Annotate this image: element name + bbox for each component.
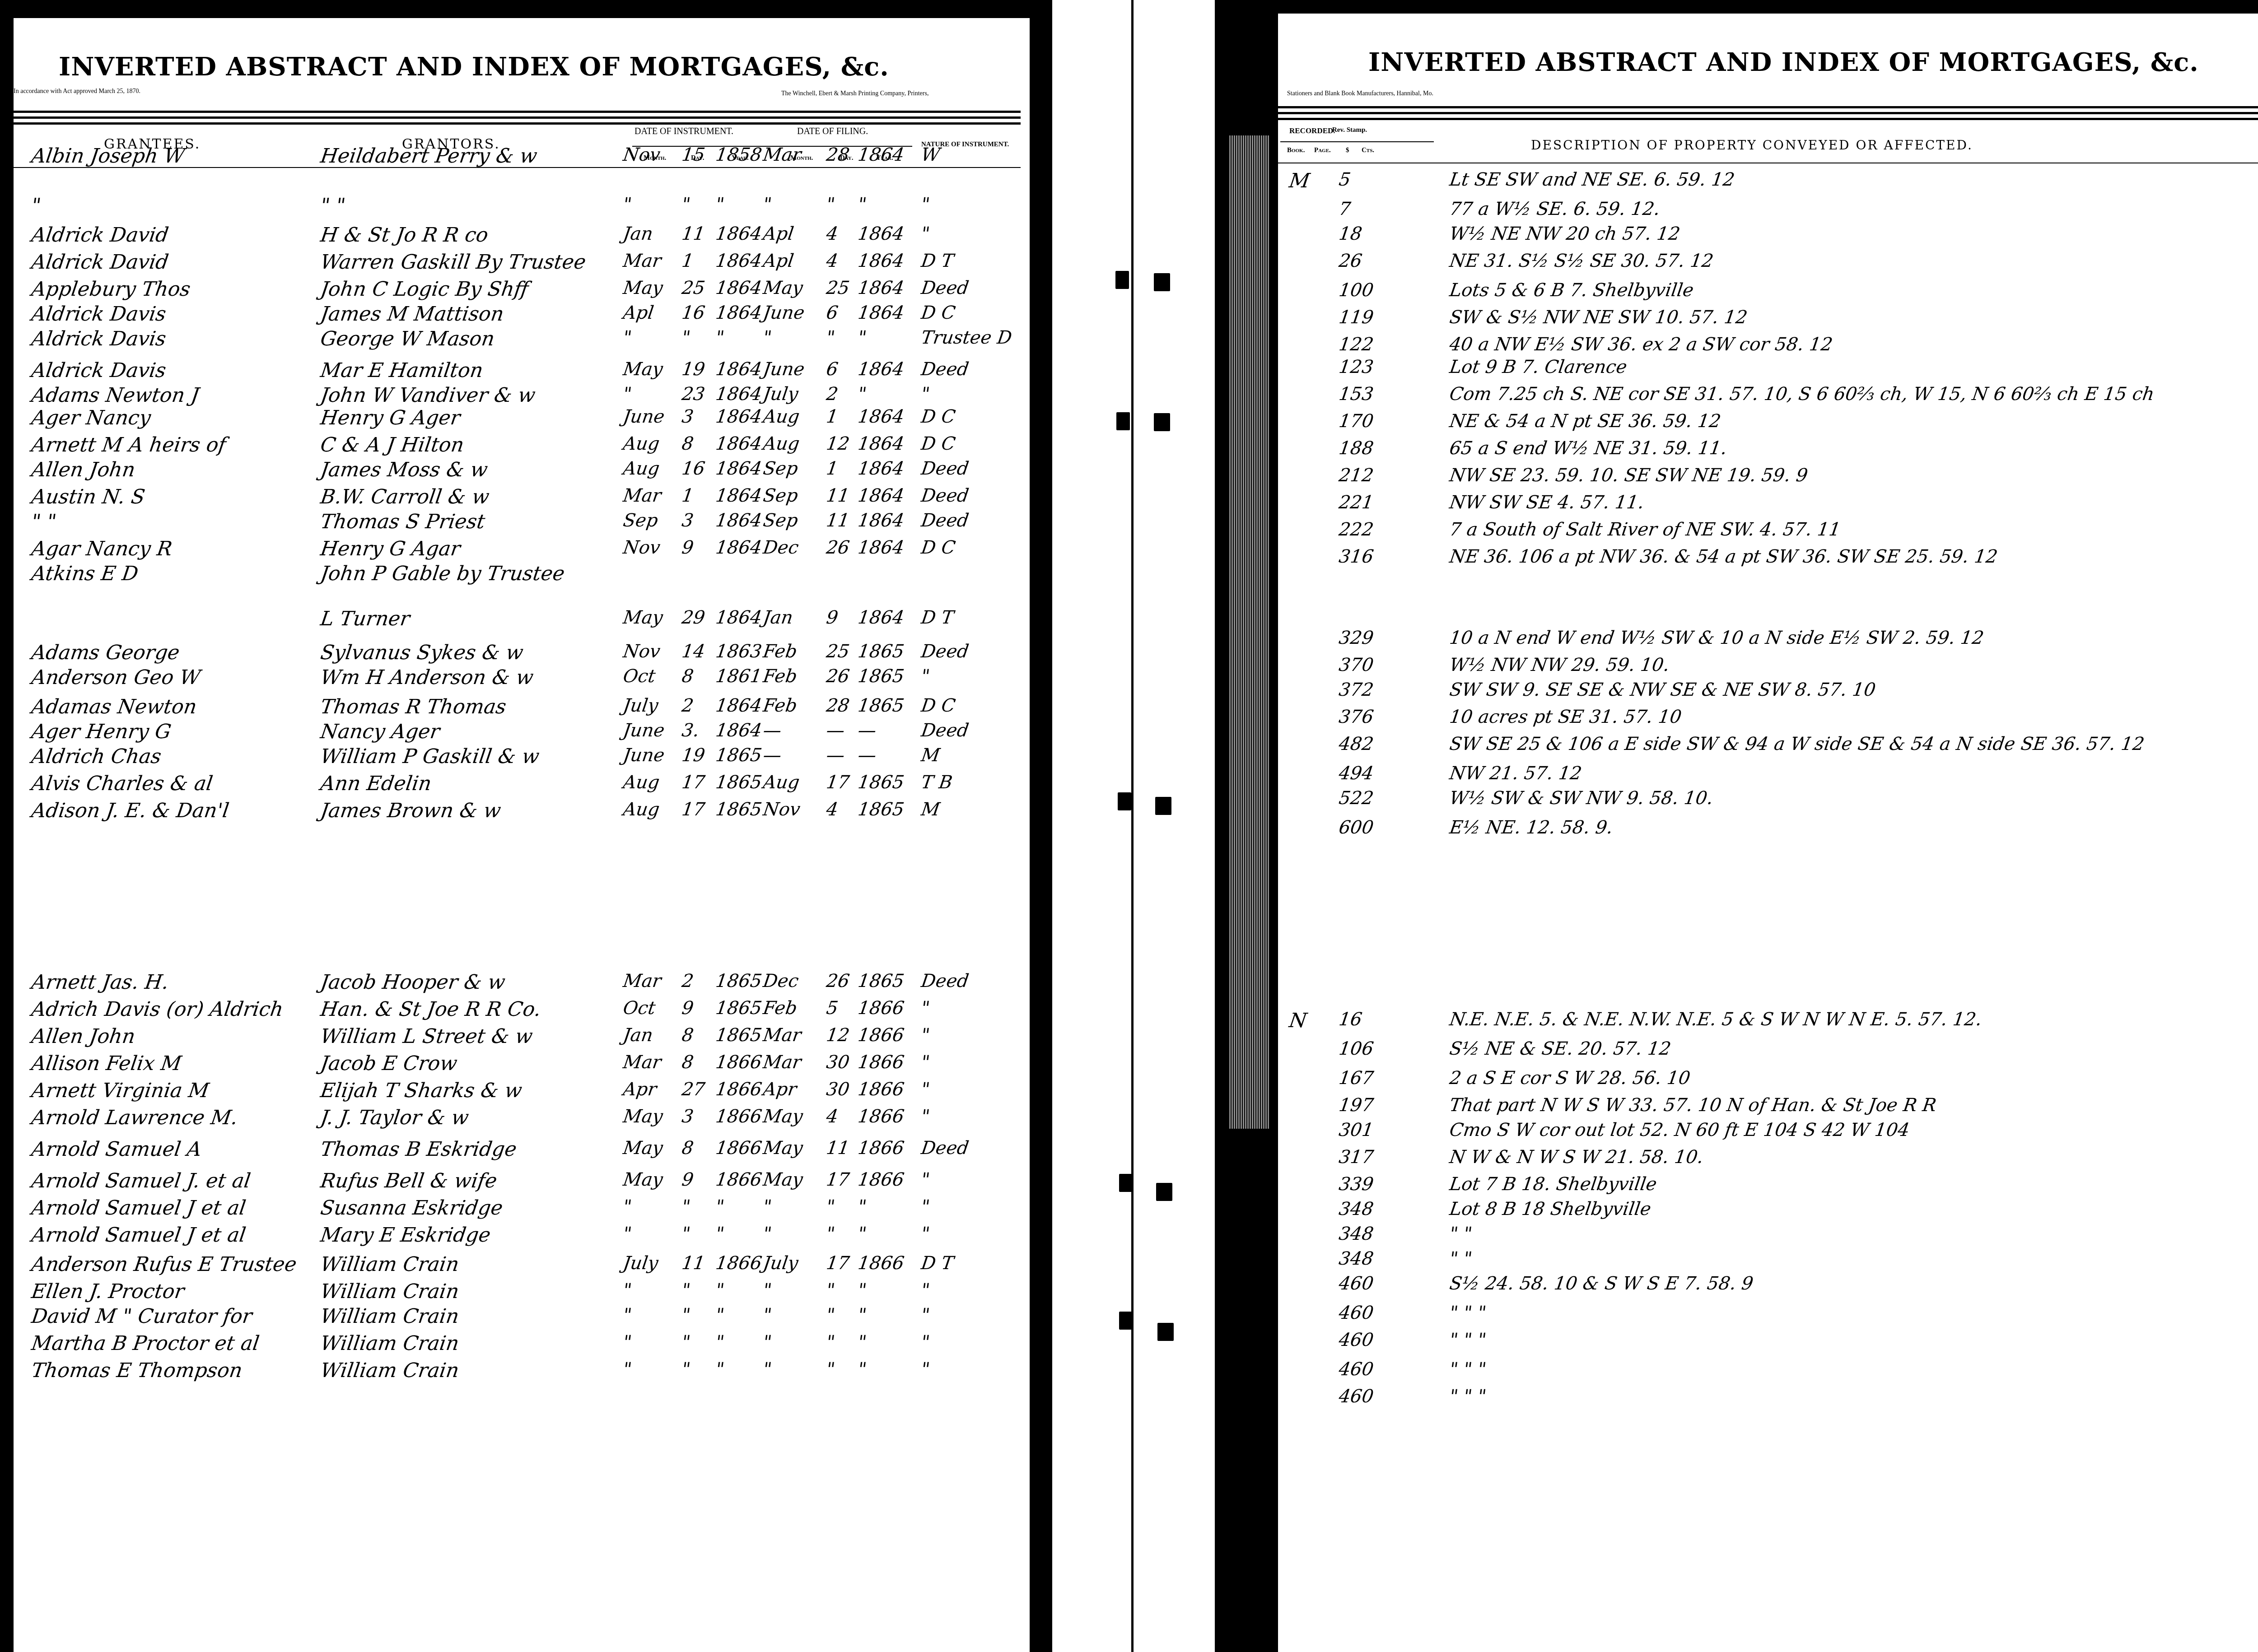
filing-day: " <box>825 1305 836 1326</box>
instrument-day: 17 <box>681 772 706 793</box>
property-description: 2 a S E cor S W 28. 56. 10 <box>1448 1068 1692 1089</box>
instrument-year: " <box>714 1359 726 1380</box>
grantor-name: James M Mattison <box>319 302 505 326</box>
instrument-year: 1864 <box>714 251 763 271</box>
instrument-nature: Deed <box>920 485 970 506</box>
grantor-name: George W Mason <box>319 327 496 350</box>
grantee-name: Allen John <box>30 458 136 481</box>
instrument-day: " <box>681 1224 692 1244</box>
instrument-nature: D C <box>920 302 957 323</box>
grantor-name: John P Gable by Trustee <box>319 562 566 585</box>
binding-slot <box>1119 1174 1133 1192</box>
filing-day: 25 <box>825 641 851 662</box>
filing-month: " <box>762 194 773 215</box>
instrument-year: 1864 <box>714 510 763 531</box>
filing-year: 1864 <box>857 607 905 628</box>
grantor-name: " " <box>319 194 347 217</box>
filing-month: Jan <box>762 607 794 628</box>
grantee-name: Agar Nancy R <box>30 537 173 560</box>
record-page: 170 <box>1338 411 1375 432</box>
grantor-name: James Brown & w <box>319 799 502 822</box>
instrument-nature: Deed <box>920 720 970 741</box>
instrument-nature: M <box>920 799 941 820</box>
filing-year: 1865 <box>857 772 905 793</box>
filing-year: 1865 <box>857 971 905 991</box>
instrument-day: 1 <box>681 485 695 506</box>
filing-month: May <box>762 1138 804 1159</box>
filing-year: 1864 <box>857 537 905 558</box>
grantor-name: J. J. Taylor & w <box>319 1106 470 1129</box>
instrument-month: Aug <box>622 433 661 454</box>
book-header: Book. <box>1287 147 1305 154</box>
instrument-day: 8 <box>681 1025 695 1046</box>
property-description: That part N W S W 33. 57. 10 N of Han. &… <box>1448 1095 1938 1116</box>
right-ledger-page: INVERTED ABSTRACT AND INDEX OF MORTGAGES… <box>1278 14 2258 1652</box>
filing-year: " <box>857 327 868 348</box>
property-description: W½ NE NW 20 ch 57. 12 <box>1448 223 1682 244</box>
description-header: DESCRIPTION OF PROPERTY CONVEYED OR AFFE… <box>1531 138 1973 153</box>
record-page: 329 <box>1338 628 1375 648</box>
instrument-nature: " <box>920 1106 931 1127</box>
instrument-month: May <box>622 1106 664 1127</box>
grantor-name: Jacob Hooper & w <box>319 971 507 994</box>
property-description: Lot 7 B 18. Shelbyville <box>1448 1174 1658 1195</box>
filing-day: 4 <box>825 799 840 820</box>
grantee-name: David M " Curator for <box>30 1305 253 1328</box>
grantee-name: Martha B Proctor et al <box>30 1332 261 1355</box>
grantor-name: John C Logic By Shff <box>319 278 530 301</box>
act-note: In accordance with Act approved March 25… <box>14 88 140 95</box>
filing-month: Apl <box>762 251 795 271</box>
filing-day: 5 <box>825 998 840 1019</box>
instrument-day: 9 <box>681 1169 695 1190</box>
instrument-day: 16 <box>681 302 706 323</box>
filing-year: " <box>857 1280 868 1301</box>
grantee-name: Anderson Geo W <box>30 666 202 689</box>
filing-year: " <box>857 384 868 405</box>
record-page: 122 <box>1338 334 1375 355</box>
instrument-year: 1864 <box>714 359 763 380</box>
instrument-month: Jan <box>622 1025 654 1046</box>
left-page-title: INVERTED ABSTRACT AND INDEX OF MORTGAGES… <box>59 52 889 82</box>
instrument-nature: D T <box>920 607 955 628</box>
record-page: 372 <box>1338 679 1375 700</box>
instrument-month: " <box>622 1280 633 1301</box>
filing-day: 1 <box>825 406 840 427</box>
record-page: 301 <box>1338 1120 1375 1140</box>
rev-stamp-header: Rev. Stamp. <box>1332 126 1367 134</box>
instrument-year: 1864 <box>714 302 763 323</box>
instrument-month: Mar <box>622 251 662 271</box>
filing-month: " <box>762 1280 773 1301</box>
instrument-nature: D C <box>920 695 957 716</box>
instrument-day: 8 <box>681 1052 695 1073</box>
instrument-month: June <box>622 745 666 766</box>
grantor-name: William Crain <box>319 1305 460 1328</box>
filing-day: 12 <box>825 1025 851 1046</box>
grantee-name: Adams Newton J <box>30 384 201 407</box>
property-description: " " " <box>1448 1386 1488 1407</box>
instrument-day: " <box>681 1196 692 1217</box>
property-description: 77 a W½ SE. 6. 59. 12. <box>1448 199 1661 219</box>
grantor-name: Nancy Ager <box>319 720 441 743</box>
instrument-year: " <box>714 1332 726 1353</box>
filing-month: July <box>762 1253 800 1274</box>
grantee-name: Atkins E D <box>30 562 140 585</box>
instrument-year: 1858 <box>714 144 763 165</box>
filing-month: Aug <box>762 772 801 793</box>
instrument-month: Aug <box>622 458 661 479</box>
page-header: Page. <box>1314 147 1331 154</box>
filing-year: — <box>857 720 877 741</box>
filing-day: 28 <box>825 695 851 716</box>
binding-slot <box>1156 1183 1172 1201</box>
record-page: 119 <box>1338 307 1375 328</box>
header-rule <box>14 122 1021 125</box>
record-page: 153 <box>1338 384 1375 405</box>
property-description: " " <box>1448 1248 1474 1269</box>
filing-day: " <box>825 194 836 215</box>
right-page-title: INVERTED ABSTRACT AND INDEX OF MORTGAGES… <box>1368 47 2199 77</box>
record-page: 317 <box>1338 1147 1375 1168</box>
filing-month: " <box>762 1196 773 1217</box>
grantee-name: Arnold Lawrence M. <box>30 1106 239 1129</box>
instrument-day: 2 <box>681 971 695 991</box>
grantee-name: Arnold Samuel J et al <box>30 1224 247 1247</box>
grantor-name: Thomas S Priest <box>319 510 486 533</box>
filing-year: 1866 <box>857 1169 905 1190</box>
grantee-name: Arnold Samuel J et al <box>30 1196 247 1219</box>
filing-year: " <box>857 1359 868 1380</box>
instrument-month: Mar <box>622 971 662 991</box>
instrument-year: 1864 <box>714 485 763 506</box>
instrument-nature: D T <box>920 251 955 271</box>
instrument-month: Oct <box>622 666 657 687</box>
instrument-nature: " <box>920 1359 931 1380</box>
instrument-nature: " <box>920 1196 931 1217</box>
instrument-day: 11 <box>681 223 706 244</box>
property-description: NW 21. 57. 12 <box>1448 763 1583 784</box>
instrument-year: 1866 <box>714 1253 763 1274</box>
header-rule <box>1278 112 2258 114</box>
property-description: " " " <box>1448 1330 1488 1350</box>
filing-year: 1864 <box>857 144 905 165</box>
instrument-year: 1864 <box>714 384 763 405</box>
header-bottom-rule <box>1278 163 2258 163</box>
instrument-nature: " <box>920 1305 931 1326</box>
instrument-year: 1865 <box>714 971 763 991</box>
instrument-year: " <box>714 1224 726 1244</box>
instrument-day: " <box>681 1305 692 1326</box>
filing-month: " <box>762 1332 773 1353</box>
filing-year: — <box>857 745 877 766</box>
printer-note: The Winchell, Ebert & Marsh Printing Com… <box>781 90 928 98</box>
instrument-day: 8 <box>681 1138 695 1159</box>
filing-month: Feb <box>762 695 798 716</box>
filing-day: 26 <box>825 666 851 687</box>
date-of-instrument-header: DATE OF INSTRUMENT. <box>634 126 733 137</box>
instrument-nature: W <box>920 144 942 165</box>
filing-month: — <box>762 745 783 766</box>
grantor-name: William L Street & w <box>319 1025 534 1048</box>
grantee-name: Allen John <box>30 1025 136 1048</box>
grantor-name: Wm H Anderson & w <box>319 666 535 689</box>
filing-day: 17 <box>825 772 851 793</box>
filing-year: 1865 <box>857 641 905 662</box>
instrument-day: " <box>681 1359 692 1380</box>
record-page: 18 <box>1338 223 1363 244</box>
instrument-day: 27 <box>681 1079 706 1100</box>
grantee-name: Ager Nancy <box>30 406 152 429</box>
grantor-name: William Crain <box>319 1359 460 1382</box>
grantor-name: John W Vandiver & w <box>319 384 537 407</box>
instrument-nature: Deed <box>920 641 970 662</box>
instrument-year: 1865 <box>714 998 763 1019</box>
grantor-name: Henry G Agar <box>319 537 462 560</box>
filing-month: — <box>762 720 783 741</box>
instrument-nature: D T <box>920 1253 955 1274</box>
filing-month: Mar <box>762 1052 802 1073</box>
record-page: 460 <box>1338 1330 1375 1350</box>
instrument-month: Aug <box>622 799 661 820</box>
instrument-day: 29 <box>681 607 706 628</box>
cents-header: Cts. <box>1362 147 1374 154</box>
grantor-name: William P Gaskill & w <box>319 745 541 768</box>
instrument-month: Apr <box>622 1079 658 1100</box>
instrument-month: " <box>622 384 633 405</box>
filing-year: 1865 <box>857 695 905 716</box>
grantee-name: Aldrich Chas <box>30 745 163 768</box>
instrument-nature: " <box>920 1025 931 1046</box>
grantee-name: Arnold Samuel A <box>30 1138 203 1161</box>
instrument-day: 16 <box>681 458 706 479</box>
property-description: NE & 54 a N pt SE 36. 59. 12 <box>1448 411 1722 432</box>
instrument-nature: " <box>920 1079 931 1100</box>
property-description: SW & S½ NW NE SW 10. 57. 12 <box>1448 307 1749 328</box>
instrument-day: 15 <box>681 144 706 165</box>
page-edge-shadow <box>1228 135 1269 1129</box>
grantee-name: Aldrick David <box>30 223 170 247</box>
property-description: 40 a NW E½ SW 36. ex 2 a SW cor 58. 12 <box>1448 334 1834 355</box>
instrument-day: 8 <box>681 433 695 454</box>
filing-year: 1865 <box>857 666 905 687</box>
instrument-nature: Deed <box>920 278 970 298</box>
filing-year: 1864 <box>857 433 905 454</box>
property-description: " " <box>1448 1224 1474 1244</box>
grantor-name: Susanna Eskridge <box>319 1196 504 1219</box>
instrument-nature: D C <box>920 537 957 558</box>
property-description: NW SE 23. 59. 10. SE SW NE 19. 59. 9 <box>1448 465 1809 486</box>
record-page: 188 <box>1338 438 1375 459</box>
record-page: 370 <box>1338 655 1375 675</box>
filing-year: " <box>857 194 868 215</box>
grantor-name: Mar E Hamilton <box>319 359 485 382</box>
instrument-day: 1 <box>681 251 695 271</box>
record-page: 100 <box>1338 280 1375 301</box>
property-description: SW SE 25 & 106 a E side SW & 94 a W side… <box>1448 734 2146 754</box>
filing-year: 1866 <box>857 1079 905 1100</box>
filing-month: Mar <box>762 144 802 165</box>
property-description: NE 31. S½ S½ SE 30. 57. 12 <box>1448 251 1715 271</box>
filing-day: 17 <box>825 1253 851 1274</box>
record-page: 522 <box>1338 788 1375 809</box>
grantee-name: Alvis Charles & al <box>30 772 214 795</box>
grantee-name: Adamas Newton <box>30 695 198 718</box>
grantor-name: L Turner <box>319 607 411 630</box>
record-page: 316 <box>1338 546 1375 567</box>
instrument-month: Mar <box>622 1052 662 1073</box>
grantor-name: Heildabert Perry & w <box>319 144 538 168</box>
filing-year: 1866 <box>857 1025 905 1046</box>
grantor-name: William Crain <box>319 1332 460 1355</box>
record-page: 460 <box>1338 1359 1375 1380</box>
filing-month: May <box>762 1106 804 1127</box>
instrument-nature: " <box>920 1224 931 1244</box>
binding-slot <box>1154 413 1170 431</box>
instrument-day: 8 <box>681 666 695 687</box>
instrument-month: July <box>622 695 660 716</box>
grantee-name: Aldrick Davis <box>30 327 168 350</box>
instrument-nature: Deed <box>920 971 970 991</box>
instrument-month: Mar <box>622 485 662 506</box>
instrument-nature: Deed <box>920 458 970 479</box>
instrument-month: Nov <box>622 641 662 662</box>
instrument-month: May <box>622 1138 664 1159</box>
filing-month: Nov <box>762 799 802 820</box>
grantor-name: William Crain <box>319 1280 460 1303</box>
instrument-day: 3 <box>681 406 695 427</box>
filing-day: 12 <box>825 433 851 454</box>
instrument-year: " <box>714 1280 726 1301</box>
instrument-nature: " <box>920 998 931 1019</box>
filing-year: 1864 <box>857 485 905 506</box>
header-rule <box>14 116 1021 119</box>
instrument-year: 1866 <box>714 1079 763 1100</box>
grantor-name: James Moss & w <box>319 458 489 481</box>
instrument-nature: " <box>920 666 931 687</box>
binding-strip <box>1052 0 1131 1652</box>
filing-year: 1866 <box>857 1253 905 1274</box>
instrument-day: 17 <box>681 799 706 820</box>
instrument-day: " <box>681 194 692 215</box>
property-description: Com 7.25 ch S. NE cor SE 31. 57. 10, S 6… <box>1448 384 2156 405</box>
binding-strip <box>1134 0 1215 1652</box>
property-description: N W & N W S W 21. 58. 10. <box>1448 1147 1705 1168</box>
instrument-nature: " <box>920 194 931 215</box>
grantor-name: Jacob E Crow <box>319 1052 458 1075</box>
record-page: 376 <box>1338 707 1375 727</box>
instrument-month: May <box>622 278 664 298</box>
instrument-year: " <box>714 194 726 215</box>
instrument-nature: " <box>920 384 931 405</box>
filing-month: Aug <box>762 433 801 454</box>
record-book: N <box>1288 1009 1308 1032</box>
grantor-name: H & St Jo R R co <box>319 223 490 247</box>
filing-year: 1864 <box>857 223 905 244</box>
grantee-name: " " <box>30 510 58 533</box>
filing-day: 30 <box>825 1079 851 1100</box>
filing-month: Sep <box>762 510 799 531</box>
instrument-year: " <box>714 1196 726 1217</box>
binding-slot <box>1118 792 1131 810</box>
instrument-nature: " <box>920 223 931 244</box>
filing-day: " <box>825 1224 836 1244</box>
filing-day: " <box>825 1280 836 1301</box>
filing-day: 6 <box>825 359 840 380</box>
grantor-name: Mary E Eskridge <box>319 1224 492 1247</box>
instrument-day: 19 <box>681 359 706 380</box>
filing-day: 4 <box>825 251 840 271</box>
property-description: SW SW 9. SE SE & NW SE & NE SW 8. 57. 10 <box>1448 679 1877 700</box>
instrument-day: 9 <box>681 537 695 558</box>
instrument-year: 1865 <box>714 1025 763 1046</box>
instrument-month: " <box>622 1305 633 1326</box>
property-description: W½ NW NW 29. 59. 10. <box>1448 655 1671 675</box>
instrument-nature: D C <box>920 433 957 454</box>
instrument-year: 1866 <box>714 1138 763 1159</box>
instrument-day: 3. <box>681 720 701 741</box>
grantee-name: Arnold Samuel J. et al <box>30 1169 252 1192</box>
instrument-day: 3 <box>681 510 695 531</box>
grantor-name: C & A J Hilton <box>319 433 465 456</box>
property-description: Cmo S W cor out lot 52. N 60 ft E 104 S … <box>1448 1120 1911 1140</box>
instrument-month: June <box>622 406 666 427</box>
header-rule <box>1278 106 2258 108</box>
filing-day: 28 <box>825 144 851 165</box>
filing-month: Apl <box>762 223 795 244</box>
instrument-nature: " <box>920 1052 931 1073</box>
filing-month: May <box>762 1169 804 1190</box>
filing-day: 11 <box>825 510 851 531</box>
filing-day: 25 <box>825 278 851 298</box>
grantee-name: Ellen J. Proctor <box>30 1280 186 1303</box>
binding-slot <box>1154 273 1170 291</box>
instrument-year: 1865 <box>714 772 763 793</box>
date-of-filing-header: DATE OF FILING. <box>797 126 868 137</box>
filing-day: 4 <box>825 1106 840 1127</box>
record-page: 222 <box>1338 519 1375 540</box>
record-book: M <box>1288 169 1311 192</box>
property-description: 10 acres pt SE 31. 57. 10 <box>1448 707 1683 727</box>
filing-year: 1866 <box>857 1052 905 1073</box>
record-page: 600 <box>1338 817 1375 838</box>
instrument-nature: D C <box>920 406 957 427</box>
filing-day: 26 <box>825 971 851 991</box>
filing-month: " <box>762 327 773 348</box>
filing-month: Aug <box>762 406 801 427</box>
record-page: 5 <box>1338 169 1352 190</box>
filing-month: Sep <box>762 458 799 479</box>
grantor-name: Thomas B Eskridge <box>319 1138 518 1161</box>
instrument-month: Aug <box>622 772 661 793</box>
property-description: Lots 5 & 6 B 7. Shelbyville <box>1448 280 1695 301</box>
record-page: 460 <box>1338 1303 1375 1323</box>
filing-day: " <box>825 327 836 348</box>
instrument-year: " <box>714 1305 726 1326</box>
filing-month: May <box>762 278 804 298</box>
grantee-name: Thomas E Thompson <box>30 1359 243 1382</box>
filing-year: 1864 <box>857 458 905 479</box>
property-description: NE 36. 106 a pt NW 36. & 54 a pt SW 36. … <box>1448 546 1999 567</box>
record-page: 339 <box>1338 1174 1375 1195</box>
instrument-month: May <box>622 607 664 628</box>
instrument-nature: " <box>920 1280 931 1301</box>
grantee-name: Arnett M A heirs of <box>30 433 227 456</box>
instrument-month: " <box>622 194 633 215</box>
filing-day: 11 <box>825 485 851 506</box>
instrument-year: 1864 <box>714 695 763 716</box>
grantee-name: Aldrick David <box>30 251 170 274</box>
